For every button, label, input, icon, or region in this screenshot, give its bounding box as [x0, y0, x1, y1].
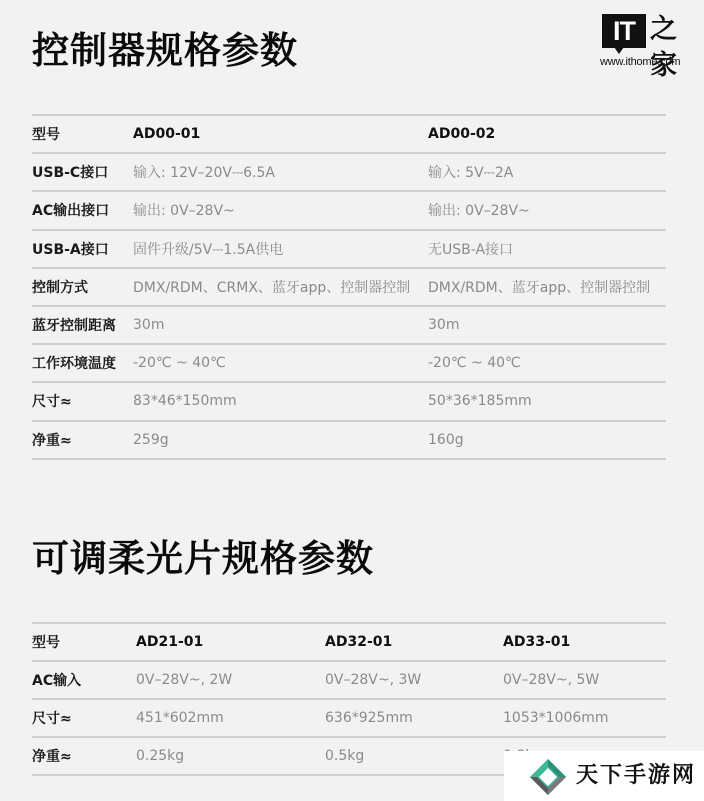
cell-value: 636*925mm [325, 699, 503, 737]
cell-value: 输出: 0V–28V~ [133, 191, 428, 229]
table-row: USB-A接口 固件升级/5V⎓1.5A供电 无USB-A接口 [32, 230, 666, 268]
cell-value: 259g [133, 421, 428, 459]
cell-value: 30m [133, 306, 428, 344]
row-label: 蓝牙控制距离 [32, 306, 133, 344]
table-row: 尺寸≈ 451*602mm 636*925mm 1053*1006mm [32, 699, 666, 737]
column-header-ad21-01: AD21-01 [136, 623, 325, 661]
diffuser-specs-title: 可调柔光片规格参数 [32, 540, 374, 577]
row-label: USB-C接口 [32, 153, 133, 191]
table-row: 蓝牙控制距离 30m 30m [32, 306, 666, 344]
cell-value: 固件升级/5V⎓1.5A供电 [133, 230, 428, 268]
cell-value: -20℃ ~ 40℃ [428, 344, 666, 382]
row-label: 尺寸≈ [32, 382, 133, 420]
column-header-ad33-01: AD33-01 [503, 623, 666, 661]
row-label: AC输入 [32, 661, 136, 699]
cell-value: 1053*1006mm [503, 699, 666, 737]
logo-url: www.ithome.com [600, 56, 696, 68]
table-row: AC输出接口 输出: 0V–28V~ 输出: 0V–28V~ [32, 191, 666, 229]
cell-value: 0V–28V~, 3W [325, 661, 503, 699]
row-label: 控制方式 [32, 268, 133, 306]
row-label: USB-A接口 [32, 230, 133, 268]
table-header-row: 型号 AD00-01 AD00-02 [32, 115, 666, 153]
cell-value: 50*36*185mm [428, 382, 666, 420]
column-header-ad00-02: AD00-02 [428, 115, 666, 153]
watermark-badge: 天下手游网 [504, 751, 704, 801]
column-header-ad32-01: AD32-01 [325, 623, 503, 661]
cell-value: 0.5kg [325, 737, 503, 775]
cell-value: 83*46*150mm [133, 382, 428, 420]
logo-calligraphy-text: 之家 [650, 12, 696, 84]
column-header-model: 型号 [32, 115, 133, 153]
cell-value: 输出: 0V–28V~ [428, 191, 666, 229]
cell-value: 无USB-A接口 [428, 230, 666, 268]
cell-value: DMX/RDM、CRMX、蓝牙app、控制器控制 [133, 268, 428, 306]
cell-value: 30m [428, 306, 666, 344]
controller-specs-title: 控制器规格参数 [32, 32, 298, 69]
watermark-text: 天下手游网 [576, 761, 696, 791]
table-row: 净重≈ 259g 160g [32, 421, 666, 459]
table-header-row: 型号 AD21-01 AD32-01 AD33-01 [32, 623, 666, 661]
table-row: USB-C接口 输入: 12V–20V⎓6.5A 输入: 5V⎓2A [32, 153, 666, 191]
table-row: 工作环境温度 -20℃ ~ 40℃ -20℃ ~ 40℃ [32, 344, 666, 382]
row-label: AC输出接口 [32, 191, 133, 229]
cell-value: -20℃ ~ 40℃ [133, 344, 428, 382]
it-logo-mark: IT [602, 14, 646, 48]
cell-value: 160g [428, 421, 666, 459]
cell-value: 0.25kg [136, 737, 325, 775]
row-label: 净重≈ [32, 421, 133, 459]
row-label: 工作环境温度 [32, 344, 133, 382]
column-header-ad00-01: AD00-01 [133, 115, 428, 153]
cell-value: 0V–28V~, 5W [503, 661, 666, 699]
cell-value: DMX/RDM、蓝牙app、控制器控制 [428, 268, 666, 306]
diamond-logo-icon [528, 757, 568, 797]
table-row: 控制方式 DMX/RDM、CRMX、蓝牙app、控制器控制 DMX/RDM、蓝牙… [32, 268, 666, 306]
table-row: AC输入 0V–28V~, 2W 0V–28V~, 3W 0V–28V~, 5W [32, 661, 666, 699]
cell-value: 0V–28V~, 2W [136, 661, 325, 699]
cell-value: 451*602mm [136, 699, 325, 737]
row-label: 尺寸≈ [32, 699, 136, 737]
controller-spec-table: 型号 AD00-01 AD00-02 USB-C接口 输入: 12V–20V⎓6… [32, 114, 666, 460]
spec-sheet-page: 控制器规格参数 IT 之家 www.ithome.com 型号 AD00-01 … [0, 0, 704, 801]
table-row: 尺寸≈ 83*46*150mm 50*36*185mm [32, 382, 666, 420]
cell-value: 输入: 12V–20V⎓6.5A [133, 153, 428, 191]
cell-value: 输入: 5V⎓2A [428, 153, 666, 191]
speech-bubble-tail-icon [614, 47, 624, 54]
row-label: 净重≈ [32, 737, 136, 775]
column-header-model: 型号 [32, 623, 136, 661]
ithome-logo: IT 之家 www.ithome.com [600, 14, 696, 70]
